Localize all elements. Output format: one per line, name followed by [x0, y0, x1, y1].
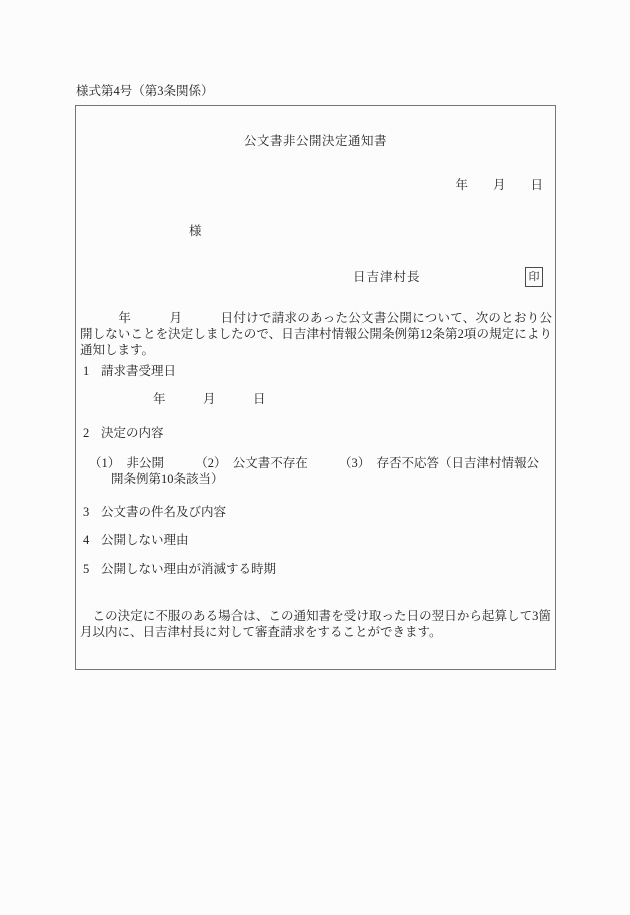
item-number: 3: [83, 504, 101, 520]
item-label: 決定の内容: [101, 425, 164, 441]
form-number-label: 様式第4号（第3条関係）: [76, 83, 214, 99]
item-label: 請求書受理日: [101, 363, 176, 379]
appeal-note-paragraph: この決定に不服のある場合は、この通知書を受け取った日の翌日から起算して3箇月以内…: [80, 608, 551, 640]
list-item-1: 1 請求書受理日: [83, 363, 551, 379]
item-label: 公開しない理由が消滅する時期: [101, 561, 276, 577]
list-item-4: 4 公開しない理由: [83, 532, 551, 548]
item-number: 4: [83, 532, 101, 548]
list-item-3: 3 公文書の件名及び内容: [83, 504, 551, 520]
item-label: 公文書の件名及び内容: [101, 504, 226, 520]
item-1-date-line: 年 月 日: [153, 391, 266, 407]
notice-box: 公文書非公開決定通知書 年 月 日 様 日吉津村長 印 年 月 日付けで請求のあ…: [75, 105, 556, 670]
list-item-2: 2 決定の内容: [83, 425, 551, 441]
item-number: 5: [83, 561, 101, 577]
issuer-name: 日吉津村長: [353, 269, 421, 285]
item-2-options-line: （1） 非公開 （2） 公文書不存在 （3） 存否不応答（日吉津村情報公開条例第…: [89, 455, 551, 487]
notice-body-paragraph: 年 月 日付けで請求のあった公文書公開について、次のとおり公開しないことを決定し…: [80, 310, 552, 358]
item-number: 1: [83, 363, 101, 379]
document-page: 様式第4号（第3条関係） 公文書非公開決定通知書 年 月 日 様 日吉津村長 印…: [0, 0, 630, 915]
notice-title: 公文書非公開決定通知書: [76, 133, 555, 149]
item-label: 公開しない理由: [101, 532, 189, 548]
item-number: 2: [83, 425, 101, 441]
issue-date-line: 年 月 日: [455, 177, 543, 193]
addressee-honorific: 様: [189, 223, 202, 239]
seal-mark: 印: [525, 267, 543, 287]
list-item-5: 5 公開しない理由が消滅する時期: [83, 561, 551, 577]
issuer-row: 日吉津村長 印: [76, 269, 555, 289]
